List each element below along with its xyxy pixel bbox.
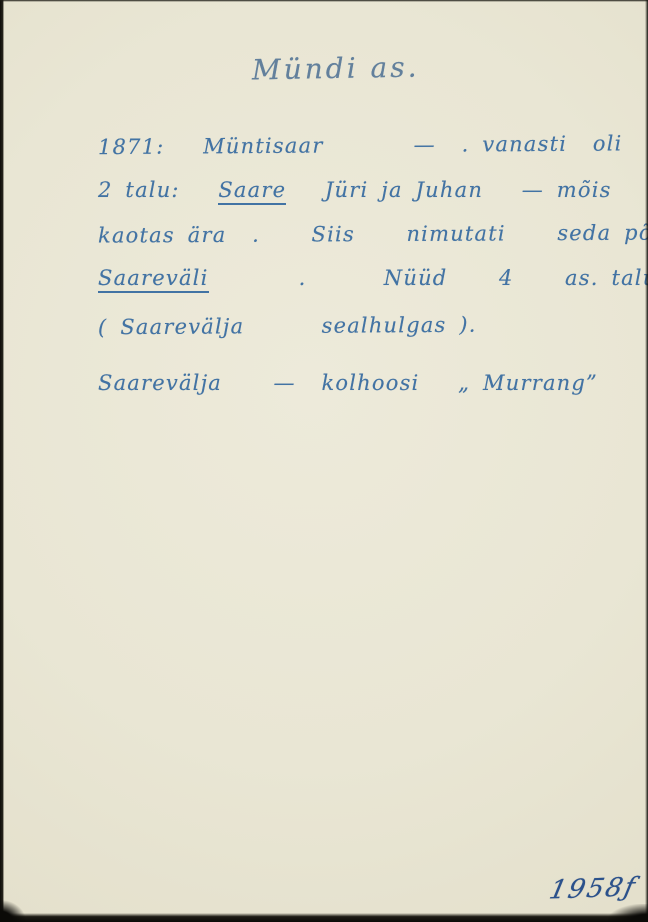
- note-line-6: Saarevälja — kolhoosi „ Murrang”: [98, 371, 598, 395]
- note-line-1: 1871: Müntisaar — . vanasti oli seal: [98, 131, 648, 159]
- scan-edge-bottom: [0, 913, 648, 922]
- scan-corner-bottom-right: [608, 904, 648, 922]
- note-line-5: ( Saarevälja sealhulgas ).: [98, 313, 477, 340]
- note-line-4: Saareväli . Nüüd 4 as. talu: [98, 266, 648, 290]
- note-title: Mündi as.: [252, 51, 420, 87]
- line4-suffix: . Nüüd 4 as. talu: [209, 266, 648, 290]
- scan-edge-top: [0, 0, 648, 2]
- underlined-name-saarevali: Saareväli: [98, 266, 209, 293]
- line2-prefix: 2 talu:: [98, 178, 218, 202]
- scanned-note-page: Mündi as. 1871: Müntisaar — . vanasti ol…: [0, 0, 648, 922]
- note-line-3: kaotas ära . Siis nimutati seda põldu: [98, 220, 648, 247]
- underlined-name-saare: Saare: [218, 178, 286, 205]
- line2-suffix: Jüri ja Juhan — mõis: [286, 178, 611, 202]
- scan-edge-left: [0, 0, 4, 922]
- note-line-2: 2 talu: Saare Jüri ja Juhan — mõis: [98, 178, 612, 202]
- year-annotation: 1958ƒ: [546, 873, 639, 906]
- scan-corner-bottom-left: [0, 900, 26, 922]
